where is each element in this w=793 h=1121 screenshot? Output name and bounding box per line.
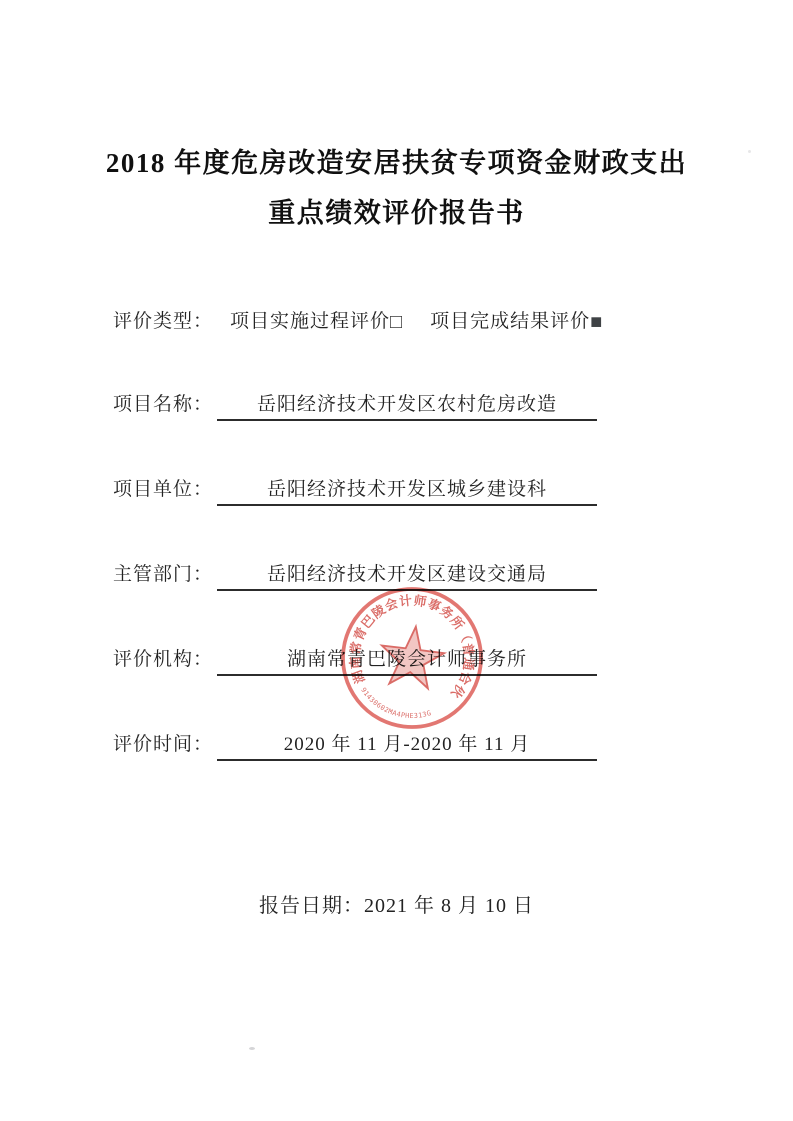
option-process-evaluation: 项目实施过程评价□	[230, 306, 403, 334]
evaluation-agency-value: 湖南常青巴陵会计师事务所	[217, 644, 597, 676]
report-date-label: 报告日期：	[259, 895, 364, 917]
svg-text:91430602MA4PHE313G: 91430602MA4PHE313G	[356, 685, 435, 723]
project-name-label: 项目名称：	[113, 389, 213, 416]
project-unit-row: 项目单位： 岳阳经济技术开发区城乡建设科	[113, 474, 597, 506]
option-process-evaluation-text: 项目实施过程评价	[230, 311, 390, 332]
evaluation-period-value: 2020 年 11 月-2020 年 11 月	[217, 729, 597, 761]
evaluation-type-row: 评价类型： 项目实施过程评价□ 项目完成结果评价■	[113, 306, 613, 334]
checkbox-unchecked-icon: □	[390, 311, 403, 333]
report-date-value: 2021 年 8 月 10 日	[364, 895, 534, 917]
evaluation-period-label: 评价时间：	[113, 729, 213, 756]
scan-speck	[249, 1047, 255, 1050]
option-result-evaluation-text: 项目完成结果评价	[430, 311, 590, 332]
option-result-evaluation: 项目完成结果评价■	[430, 306, 603, 334]
evaluation-agency-row: 评价机构： 湖南常青巴陵会计师事务所	[113, 644, 597, 676]
checkbox-checked-icon: ■	[590, 311, 603, 333]
supervising-department-value: 岳阳经济技术开发区建设交通局	[217, 559, 597, 591]
report-title-line2: 重点绩效评价报告书	[0, 188, 793, 238]
evaluation-type-label: 评价类型：	[113, 306, 213, 333]
project-name-row: 项目名称： 岳阳经济技术开发区农村危房改造	[113, 389, 597, 421]
project-unit-label: 项目单位：	[113, 474, 213, 501]
seal-arc-text: 湖南常青巴陵会计师事务所（普通合伙）	[328, 574, 486, 702]
report-cover-page: 2018 年度危房改造安居扶贫专项资金财政支出 重点绩效评价报告书 评价类型： …	[0, 0, 793, 1121]
evaluation-agency-label: 评价机构：	[113, 644, 213, 671]
supervising-department-row: 主管部门： 岳阳经济技术开发区建设交通局	[113, 559, 597, 591]
evaluation-period-row: 评价时间： 2020 年 11 月-2020 年 11 月	[113, 729, 597, 761]
scan-speck	[748, 150, 751, 153]
svg-text:湖南常青巴陵会计师事务所（普通合伙）: 湖南常青巴陵会计师事务所（普通合伙）	[328, 574, 486, 702]
supervising-department-label: 主管部门：	[113, 559, 213, 586]
project-name-value: 岳阳经济技术开发区农村危房改造	[217, 389, 597, 421]
report-title: 2018 年度危房改造安居扶贫专项资金财政支出 重点绩效评价报告书	[0, 138, 793, 238]
seal-code-text: 91430602MA4PHE313G	[356, 685, 435, 723]
report-date-line: 报告日期：2021 年 8 月 10 日	[0, 889, 793, 918]
report-title-line1: 2018 年度危房改造安居扶贫专项资金财政支出	[0, 138, 793, 188]
project-unit-value: 岳阳经济技术开发区城乡建设科	[217, 474, 597, 506]
